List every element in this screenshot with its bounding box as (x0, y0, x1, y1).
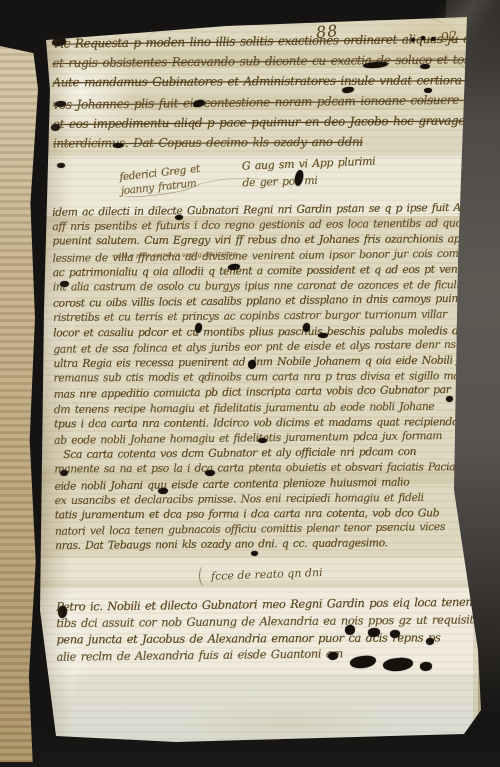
marginal-note-left: federici Greg etjoanny fratrum (119, 162, 202, 199)
ink-blot (251, 551, 258, 556)
ink-blot (420, 662, 432, 671)
ink-blot (57, 163, 65, 168)
book-binding-edge (0, 46, 38, 762)
marginal-note-right: G aug sm vi App plurimide ger por mi (241, 153, 376, 192)
top-paragraph: Vic Requesta p moden lino illis solitis … (52, 29, 463, 154)
page-bottom-rim (26, 740, 482, 754)
manuscript-text-line: de ger por mi (242, 170, 376, 192)
paper-stain (176, 700, 396, 750)
paper-bottom-band (26, 674, 482, 744)
manuscript-page: 88 92 Vic Requesta p moden lino illis so… (26, 10, 482, 754)
manuscript-text-line: nras. Dat Tebaugs noni kls ozady ano dni… (55, 535, 467, 554)
manuscript-text-line: et eos impedimentu aliqd p pace pquimur … (53, 110, 463, 134)
ink-blot (383, 657, 414, 672)
docket-note: fcce de reato qn dni (211, 566, 323, 583)
